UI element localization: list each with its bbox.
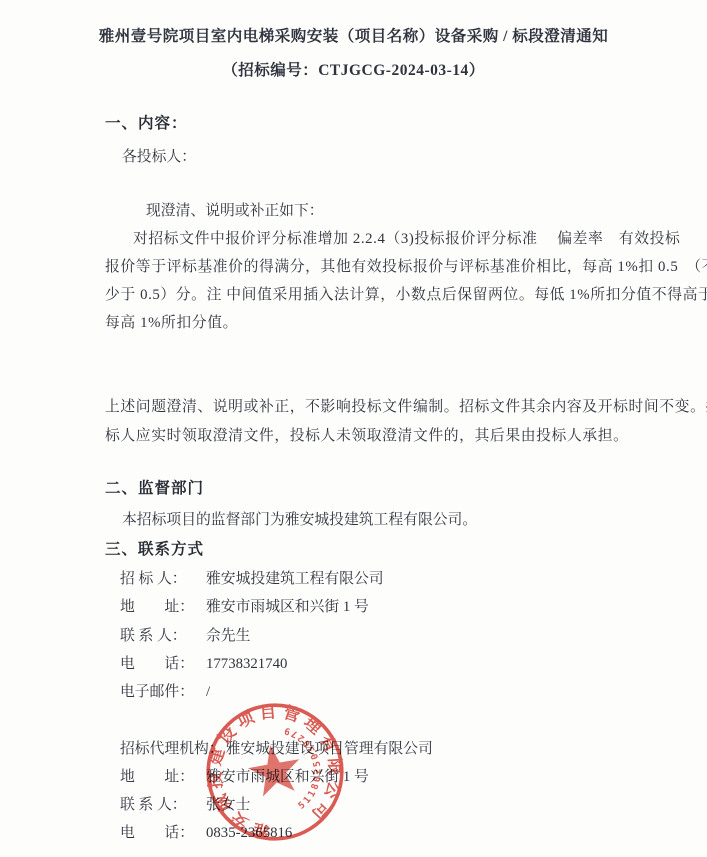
clarification-notice-page: 雅州壹号院项目室内电梯采购安装（项目名称）设备采购 / 标段澄清通知 （招标编号…: [0, 0, 707, 857]
contact-row-person: 联 系 人：佘先生: [120, 627, 250, 645]
agency-value: 雅安城投建设项目管理有限公司: [226, 741, 433, 757]
contact-label: 电 话：: [120, 655, 204, 673]
clarification-line: 对招标文件中报价评分标准增加 2.2.4（3)投标报价评分标准 偏差率 有效投标: [105, 230, 680, 248]
section-heading-contact: 三、联系方式: [105, 540, 204, 559]
contact-row-email: 电子邮件：/: [120, 683, 210, 701]
contact-label: 电子邮件：: [120, 683, 204, 701]
supervision-body: 本招标项目的监督部门为雅安城投建筑工程有限公司。: [122, 511, 477, 529]
clarification-intro: 现澄清、说明或补正如下：: [146, 202, 324, 220]
agency-row-person: 联 系 人：张女士: [120, 796, 250, 814]
document-subtitle-bid-number: （招标编号：CTJGCG-2024-03-14）: [0, 61, 707, 80]
clarification-line: 少于 0.5）分。注 中间值采用插入法计算，小数点后保留两位。每低 1%所扣分值…: [105, 286, 707, 304]
agency-label: 电 话：: [120, 824, 204, 842]
agency-row-name: 招标代理机构：雅安城投建设项目管理有限公司: [120, 740, 433, 758]
contact-value: 雅安市雨城区和兴街 1 号: [206, 599, 369, 615]
agency-label: 地 址：: [120, 768, 204, 786]
seal-registration-number: 5118025030279: [279, 719, 331, 814]
agency-label: 招标代理机构：: [120, 740, 224, 758]
contact-value: /: [206, 684, 210, 700]
agency-row-phone: 电 话：0835-2365816: [120, 824, 292, 842]
agency-value: 0835-2365816: [206, 825, 292, 841]
salutation-bidders: 各投标人：: [122, 148, 196, 166]
contact-row-tenderer: 招 标 人：雅安城投建筑工程有限公司: [120, 570, 384, 588]
contact-label: 地 址：: [120, 598, 204, 616]
notice-note-line: 上述问题澄清、说明或补正，不影响投标文件编制。招标文件其余内容及开标时间不变。投: [105, 398, 707, 416]
notice-note-line: 标人应实时领取澄清文件，投标人未领取澄清文件的，其后果由投标人承担。: [105, 427, 629, 445]
contact-value: 雅安城投建筑工程有限公司: [206, 571, 384, 587]
document-title: 雅州壹号院项目室内电梯采购安装（项目名称）设备采购 / 标段澄清通知: [0, 27, 707, 46]
contact-label: 招 标 人：: [120, 570, 204, 588]
agency-label: 联 系 人：: [120, 796, 204, 814]
contact-label: 联 系 人：: [120, 627, 204, 645]
contact-value: 佘先生: [206, 628, 250, 644]
contact-row-phone: 电 话：17738321740: [120, 655, 287, 673]
agency-row-address: 地 址：雅安市雨城区和兴街 1 号: [120, 768, 369, 786]
section-heading-supervision: 二、监督部门: [105, 479, 204, 498]
agency-value: 雅安市雨城区和兴街 1 号: [206, 769, 369, 785]
clarification-line: 每高 1%所扣分值。: [105, 314, 238, 332]
contact-value: 17738321740: [206, 656, 287, 672]
agency-value: 张女士: [206, 797, 250, 813]
clarification-line: 报价等于评标基准价的得满分，其他有效投标报价与评标基准价相比，每高 1%扣 0.…: [105, 258, 707, 276]
section-heading-content: 一、内容：: [105, 114, 188, 133]
contact-row-address: 地 址：雅安市雨城区和兴街 1 号: [120, 598, 369, 616]
